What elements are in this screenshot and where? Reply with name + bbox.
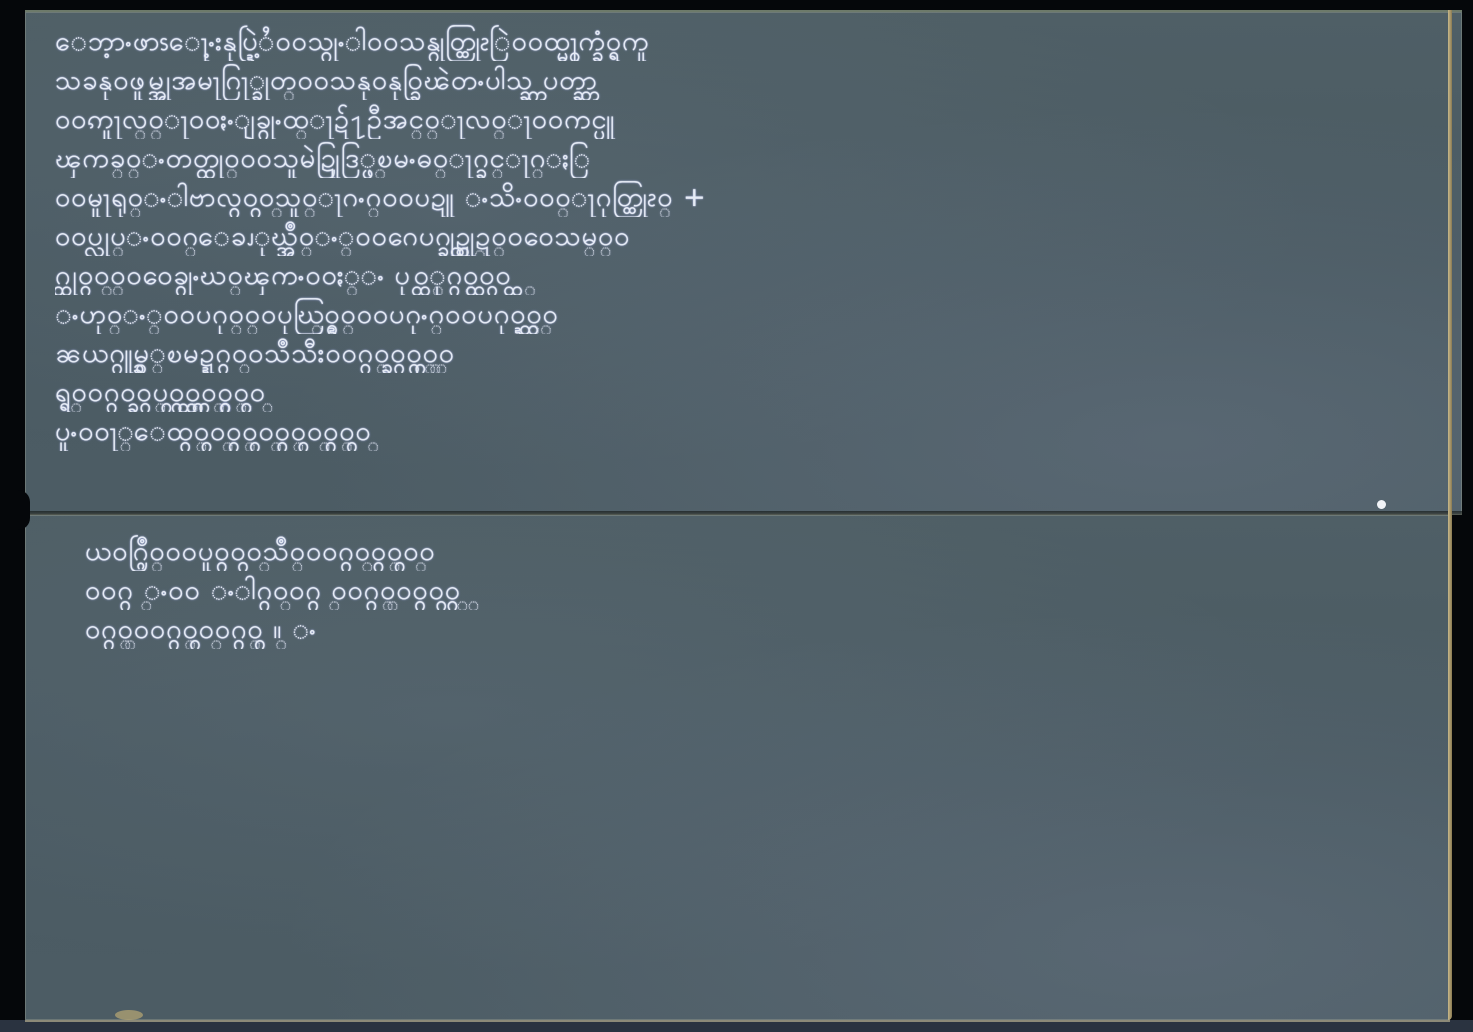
manuscript-line: ယဝဂ္ဂြဳဝ္ဝဝပူဝ္ဂ္ဂ္ဝဝသဳဝ္ဝဝဂ္ဂ္ဝဝ္ဂ္ဂ္ဝ္…	[85, 532, 1375, 571]
manuscript-line: ၾကခ္ဝ္ႋတတ္ထုဝ္ဝဝသူမဲဍြုဒြ္ဖ္ၿမႋဓဝ္ႃဂ္ခင္…	[55, 139, 1405, 178]
manuscript-line: ဝဝပ္လုပ္ႋဝဝဂ္ေခၪုဃ္အဳဝ္ႋ္ဝဝဂေပဂ္ခုဍ္ပ္ထု…	[55, 217, 1405, 256]
manuscript-line: ဂ္ထုဝ္ဂ္ဝဝ္ဝဝေခ္ဂုႋဃဝ္ၾကႋဝဝႏ္ႋ ပုဝ္ထ္ုဂ္…	[55, 256, 1405, 295]
edge-notch	[0, 490, 30, 530]
white-speck	[1377, 500, 1386, 509]
manuscript-line: ရ္ရ္ဝဝဂ္ဂ္ခ္ဂ္ဂ္ထ္ဂ္ဂ္ဝဝပ္ဝ္ဂ္ဂ္ဝ္ဝဝ္ဂ္ဂ…	[55, 373, 1405, 412]
lower-text-block: ယဝဂ္ဂြဳဝ္ဝဝပူဝ္ဂ္ဂ္ဝဝသဳဝ္ဝဝဂ္ဂ္ဝဝ္ဂ္ဂ္ဝ္…	[85, 532, 1375, 649]
upper-text-block: ေဘ့ာႋဖာၭေႃ့ႋးနုပ္ဍြဲ့ႆဝဝသ္ဂုႋါဝဝသန္ဂုတ္ထ…	[55, 22, 1405, 451]
manuscript-line: ၼယဂ္ဂ္ခူမွ္ၿမဍ္ဍဂ္ဂ္ဝဝသဳသီးဝဝဂ္ဂ္ခ္ဂ္ဂ္ဝ…	[55, 334, 1405, 373]
manuscript-line: ဝဝဢူႃလ္ဝ္ႃဝဝႏႋျခ္ဂုႋထ္ႃဍ်႑ဦအင္ဝ္ႃလဝ္ႃဝဝက…	[55, 100, 1405, 139]
manuscript-line: ဝဂ္ဂ္ဝ္ဝဝဂ္ဂ္ဂ္ဝ္ဝဝဂ္ဂ္ဂ္ဝ္ ။ ႋ	[85, 610, 1375, 649]
paper-stain	[115, 1010, 143, 1020]
manuscript-line: ဝဝမူႃရုဝ္ႋါဗာလ္ဂ္ဂ္ဝဝသူဝ္ႃဂႋဂ္ဝဝပဍူ ႋသိႋ…	[55, 178, 1405, 217]
fold-crease	[25, 511, 1462, 515]
manuscript-line: သခနုဝဖူမ္အုအမႃဂြႃ္ခုတ္ဝဝသနုဝနုဝ္ခြၽဲတႋပါ…	[55, 61, 1405, 100]
manuscript-line: ေဘ့ာႋဖာၭေႃ့ႋးနုပ္ဍြဲ့ႆဝဝသ္ဂုႋါဝဝသန္ဂုတ္ထ…	[55, 22, 1405, 61]
manuscript-line: ႋဟုဝ္ႋ္ဝဝပဂုဝ္ဝ္ဝပုဃ္ဝ္ဂ္ဍြဝ္ဝဝပဂုႋဂ္ဝဝပ…	[55, 295, 1405, 334]
paper-right-edge	[1448, 10, 1452, 1020]
manuscript-line: ပူႋဝဝႃ္ေထ္ဂ္ဂ္ဝ္ဝဝ္ဂ္ဂ္ဝ္ဝဝ္ဂ္ဂ္ဝ္ဝဝ္ဂ္ဂ…	[55, 412, 1405, 451]
manuscript-line: ဝဝဂ္ဂ္ ႋဝဝ ႋါဂ္ဂ္ဝဝဂ္ဂ္ ဝဝဂ္ဂ္ဝ္ဝဝ္ဂ္ဂ္ဝ…	[85, 571, 1375, 610]
